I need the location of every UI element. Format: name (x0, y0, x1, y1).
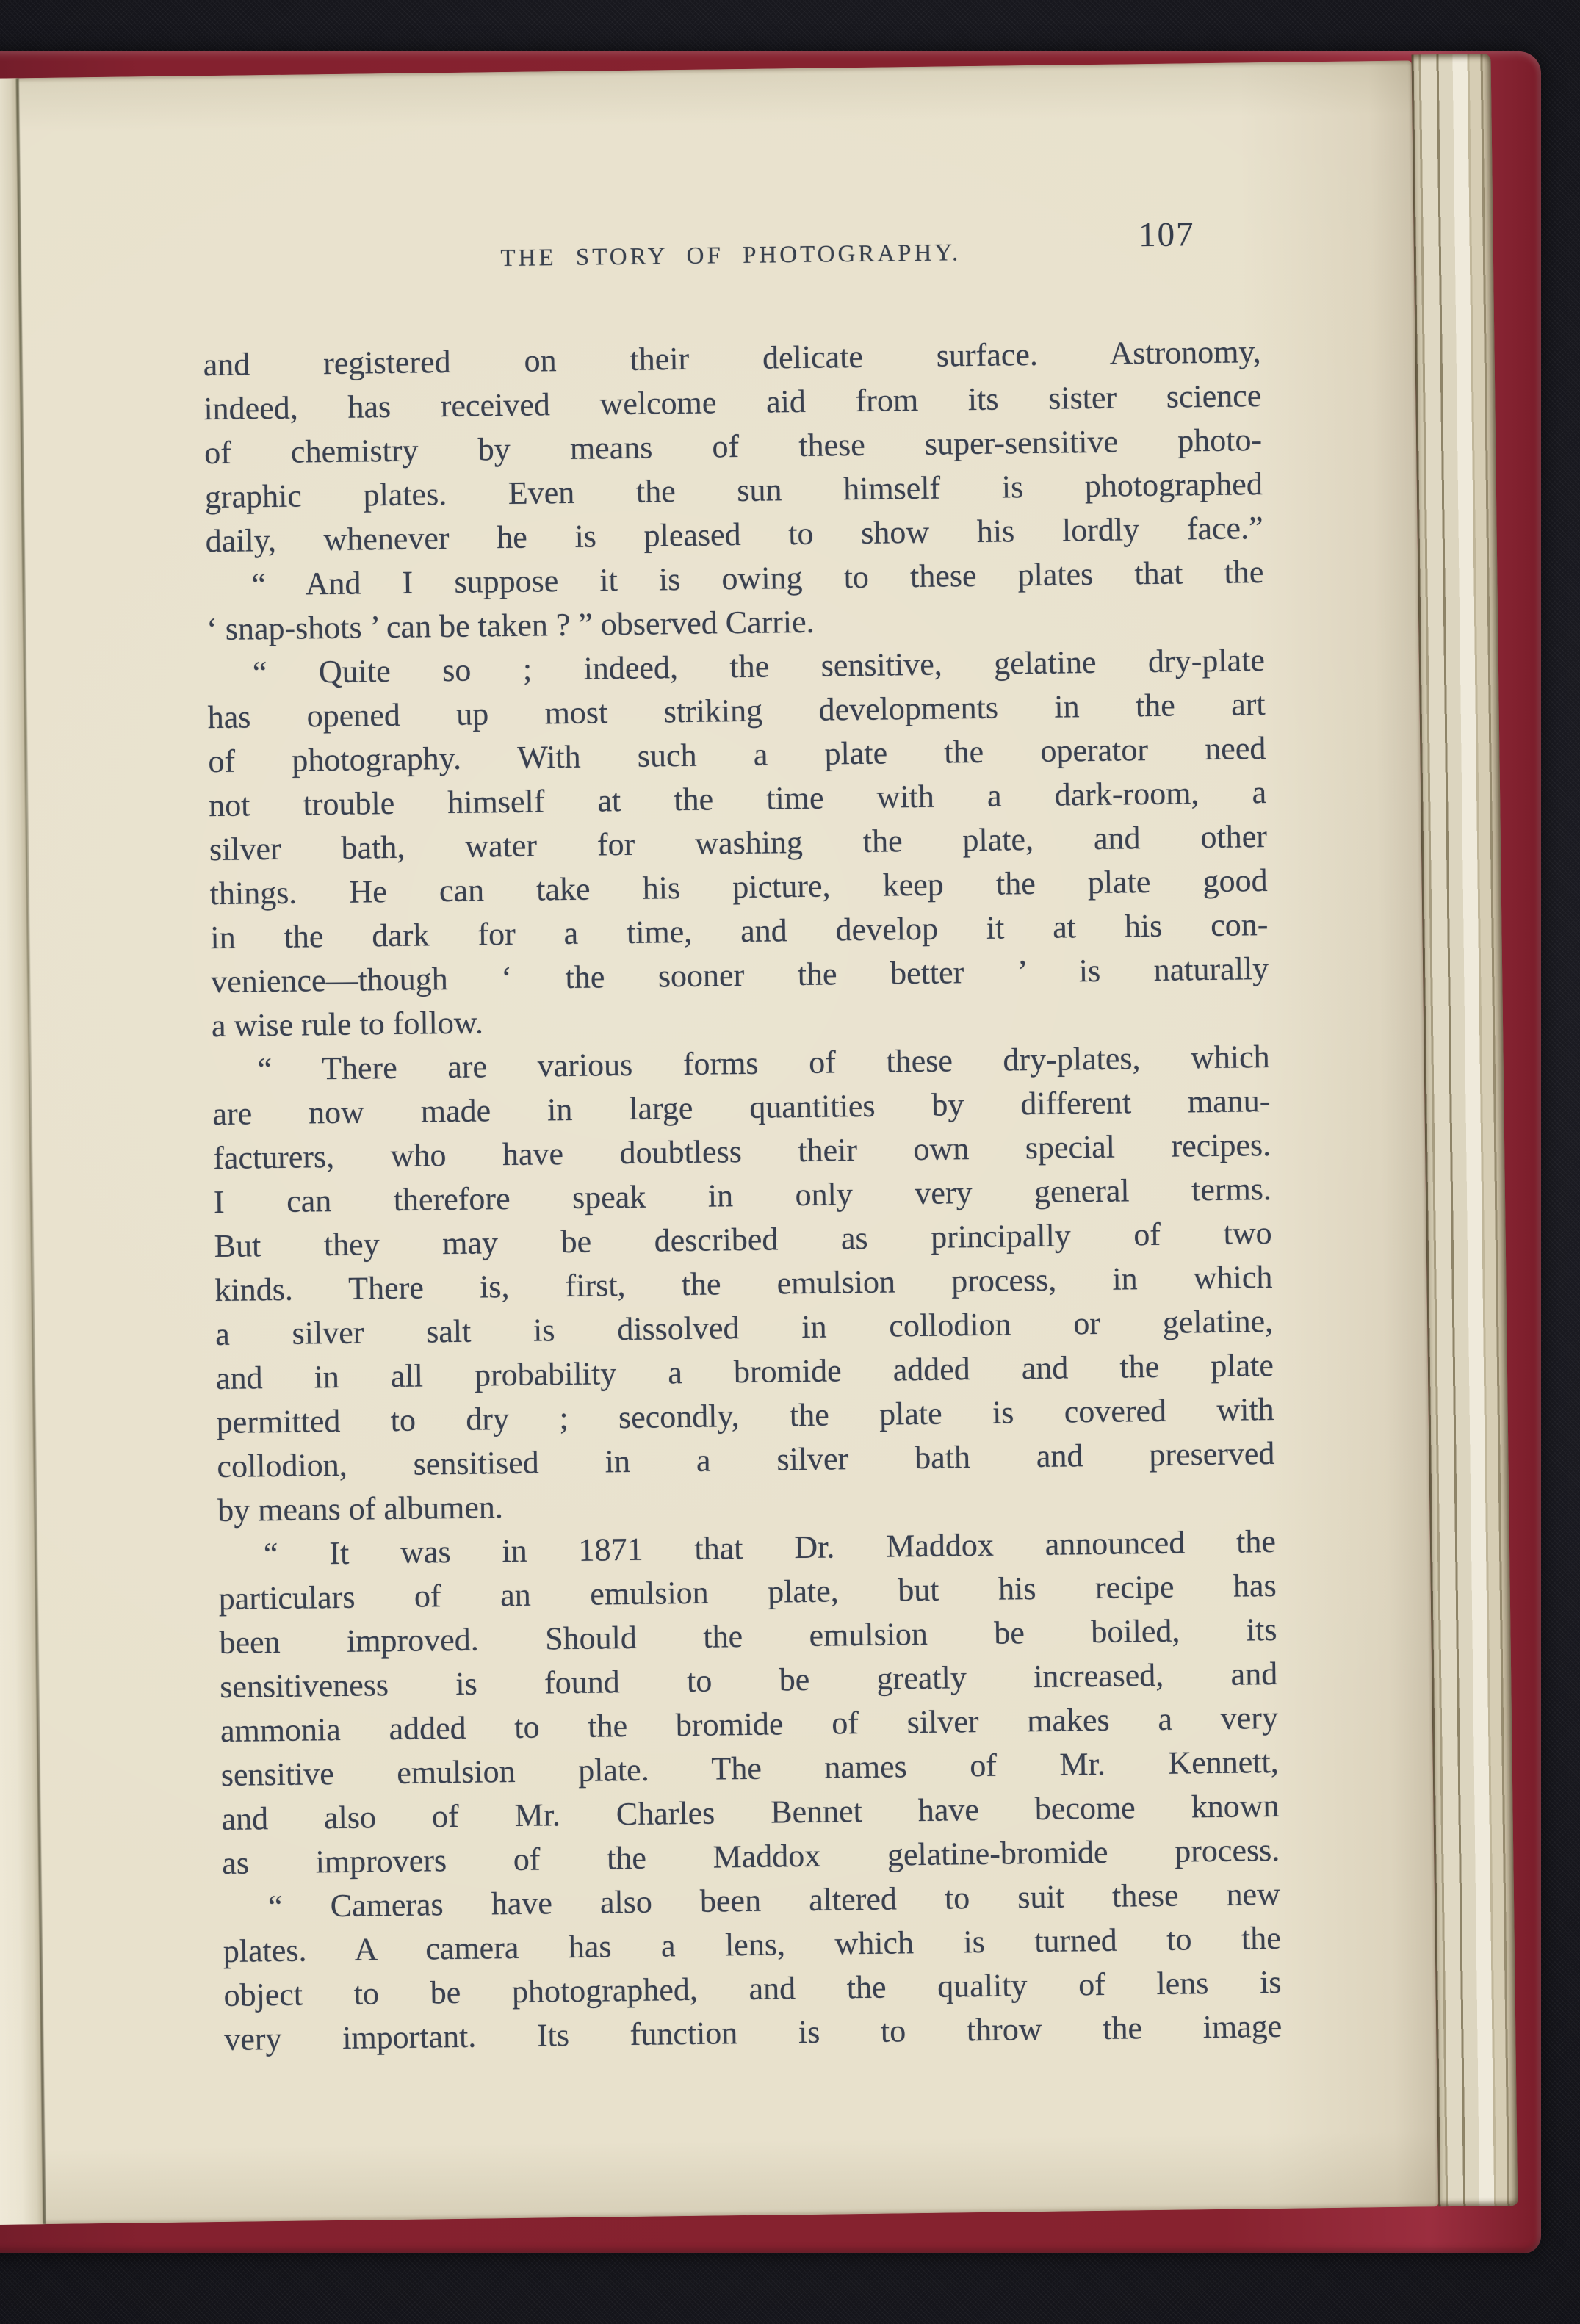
page-number: 107 (1139, 214, 1195, 255)
paragraph: “ Quite so ; indeed, the sensitive, gela… (207, 638, 1270, 1048)
running-header: THE STORY OF PHOTOGRAPHY. (500, 239, 961, 272)
paragraph: and registered on their delicate surface… (203, 330, 1263, 563)
paragraph: “ And I suppose it is owing to these pla… (206, 550, 1264, 652)
book-page: THE STORY OF PHOTOGRAPHY. 107 and regist… (0, 60, 1438, 2224)
book-pages: THE STORY OF PHOTOGRAPHY. 107 and regist… (0, 59, 1518, 2225)
paragraph: “ It was in 1871 that Dr. Maddox announc… (218, 1520, 1280, 1885)
page-header-row: THE STORY OF PHOTOGRAPHY. 107 (202, 236, 1260, 276)
paragraph: “ There are various forms of these dry-p… (212, 1035, 1275, 1533)
paragraph: “ Cameras have also been altered to suit… (223, 1872, 1283, 2062)
body-text: and registered on their delicate surface… (203, 330, 1282, 2062)
photo-of-book-page: { "colors": { "background": "#14141a", "… (0, 0, 1580, 2324)
